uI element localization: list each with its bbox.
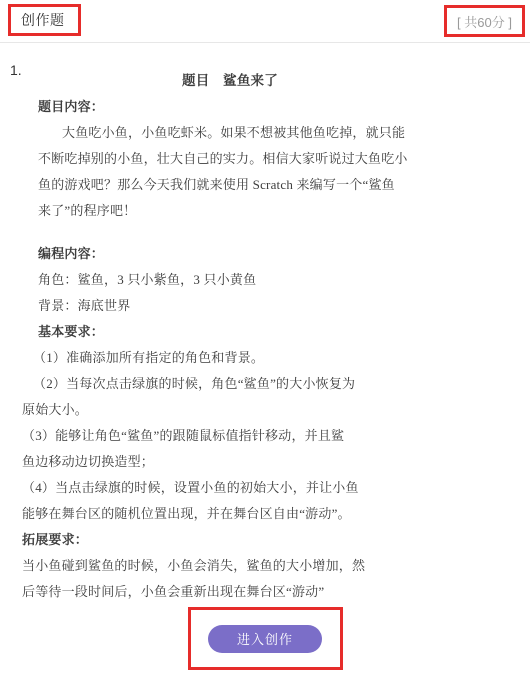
question-document: 题目 鲨鱼来了题目内容：大鱼吃小鱼，小鱼吃虾米。如果不想被其他鱼吃掉，就只能不断… <box>0 68 460 605</box>
doc-line: 原始大小。 <box>22 397 460 423</box>
section-title: 创作题 <box>21 10 65 30</box>
doc-line: 鱼的游戏吧？那么今天我们就来使用 Scratch 来编写一个“鲨鱼 <box>38 172 460 198</box>
doc-line: 背景：海底世界 <box>38 293 460 319</box>
enter-button-annotation-box: 进入创作 <box>188 607 343 670</box>
doc-line: 编程内容： <box>38 241 460 267</box>
doc-line: 题目 鲨鱼来了 <box>0 68 460 94</box>
doc-line: （2）当每次点击绿旗的时候，角色“鲨鱼”的大小恢复为 <box>33 371 460 397</box>
exam-page: 创作题 [ 共60分 ] 1. 题目 鲨鱼来了题目内容：大鱼吃小鱼，小鱼吃虾米。… <box>0 0 530 681</box>
doc-line: 鱼边移动边切换造型； <box>22 449 460 475</box>
score-badge: [ 共60分 ] <box>457 12 512 31</box>
doc-line: 当小鱼碰到鲨鱼的时候，小鱼会消失，鲨鱼的大小增加，然 <box>22 553 460 579</box>
doc-line: 能够在舞台区的随机位置出现，并在舞台区自由“游动”。 <box>22 501 460 527</box>
section-title-annotation-box: 创作题 <box>8 4 81 36</box>
doc-line: 来了”的程序吧！ <box>38 198 460 224</box>
doc-line: 拓展要求： <box>22 527 460 553</box>
enter-create-button[interactable]: 进入创作 <box>208 625 322 653</box>
score-annotation-box: [ 共60分 ] <box>444 5 525 37</box>
doc-line: （4）当点击绿旗的时候，设置小鱼的初始大小，并让小鱼 <box>22 475 460 501</box>
doc-line: （1）准确添加所有指定的角色和背景。 <box>33 345 460 371</box>
doc-line: 大鱼吃小鱼，小鱼吃虾米。如果不想被其他鱼吃掉，就只能 <box>62 120 460 146</box>
doc-line: 基本要求： <box>38 319 460 345</box>
doc-line: 角色：鲨鱼，3 只小紫鱼，3 只小黄鱼 <box>38 267 460 293</box>
doc-line: 后等待一段时间后，小鱼会重新出现在舞台区“游动” <box>22 579 460 605</box>
doc-line: 题目内容： <box>38 94 460 120</box>
doc-line: （3）能够让角色“鲨鱼”的跟随鼠标值指针移动，并且鲨 <box>22 423 460 449</box>
header-divider <box>0 42 530 43</box>
doc-line: 不断吃掉别的小鱼，壮大自己的实力。相信大家听说过大鱼吃小 <box>38 146 460 172</box>
footer-area: 进入创作 <box>0 607 530 670</box>
